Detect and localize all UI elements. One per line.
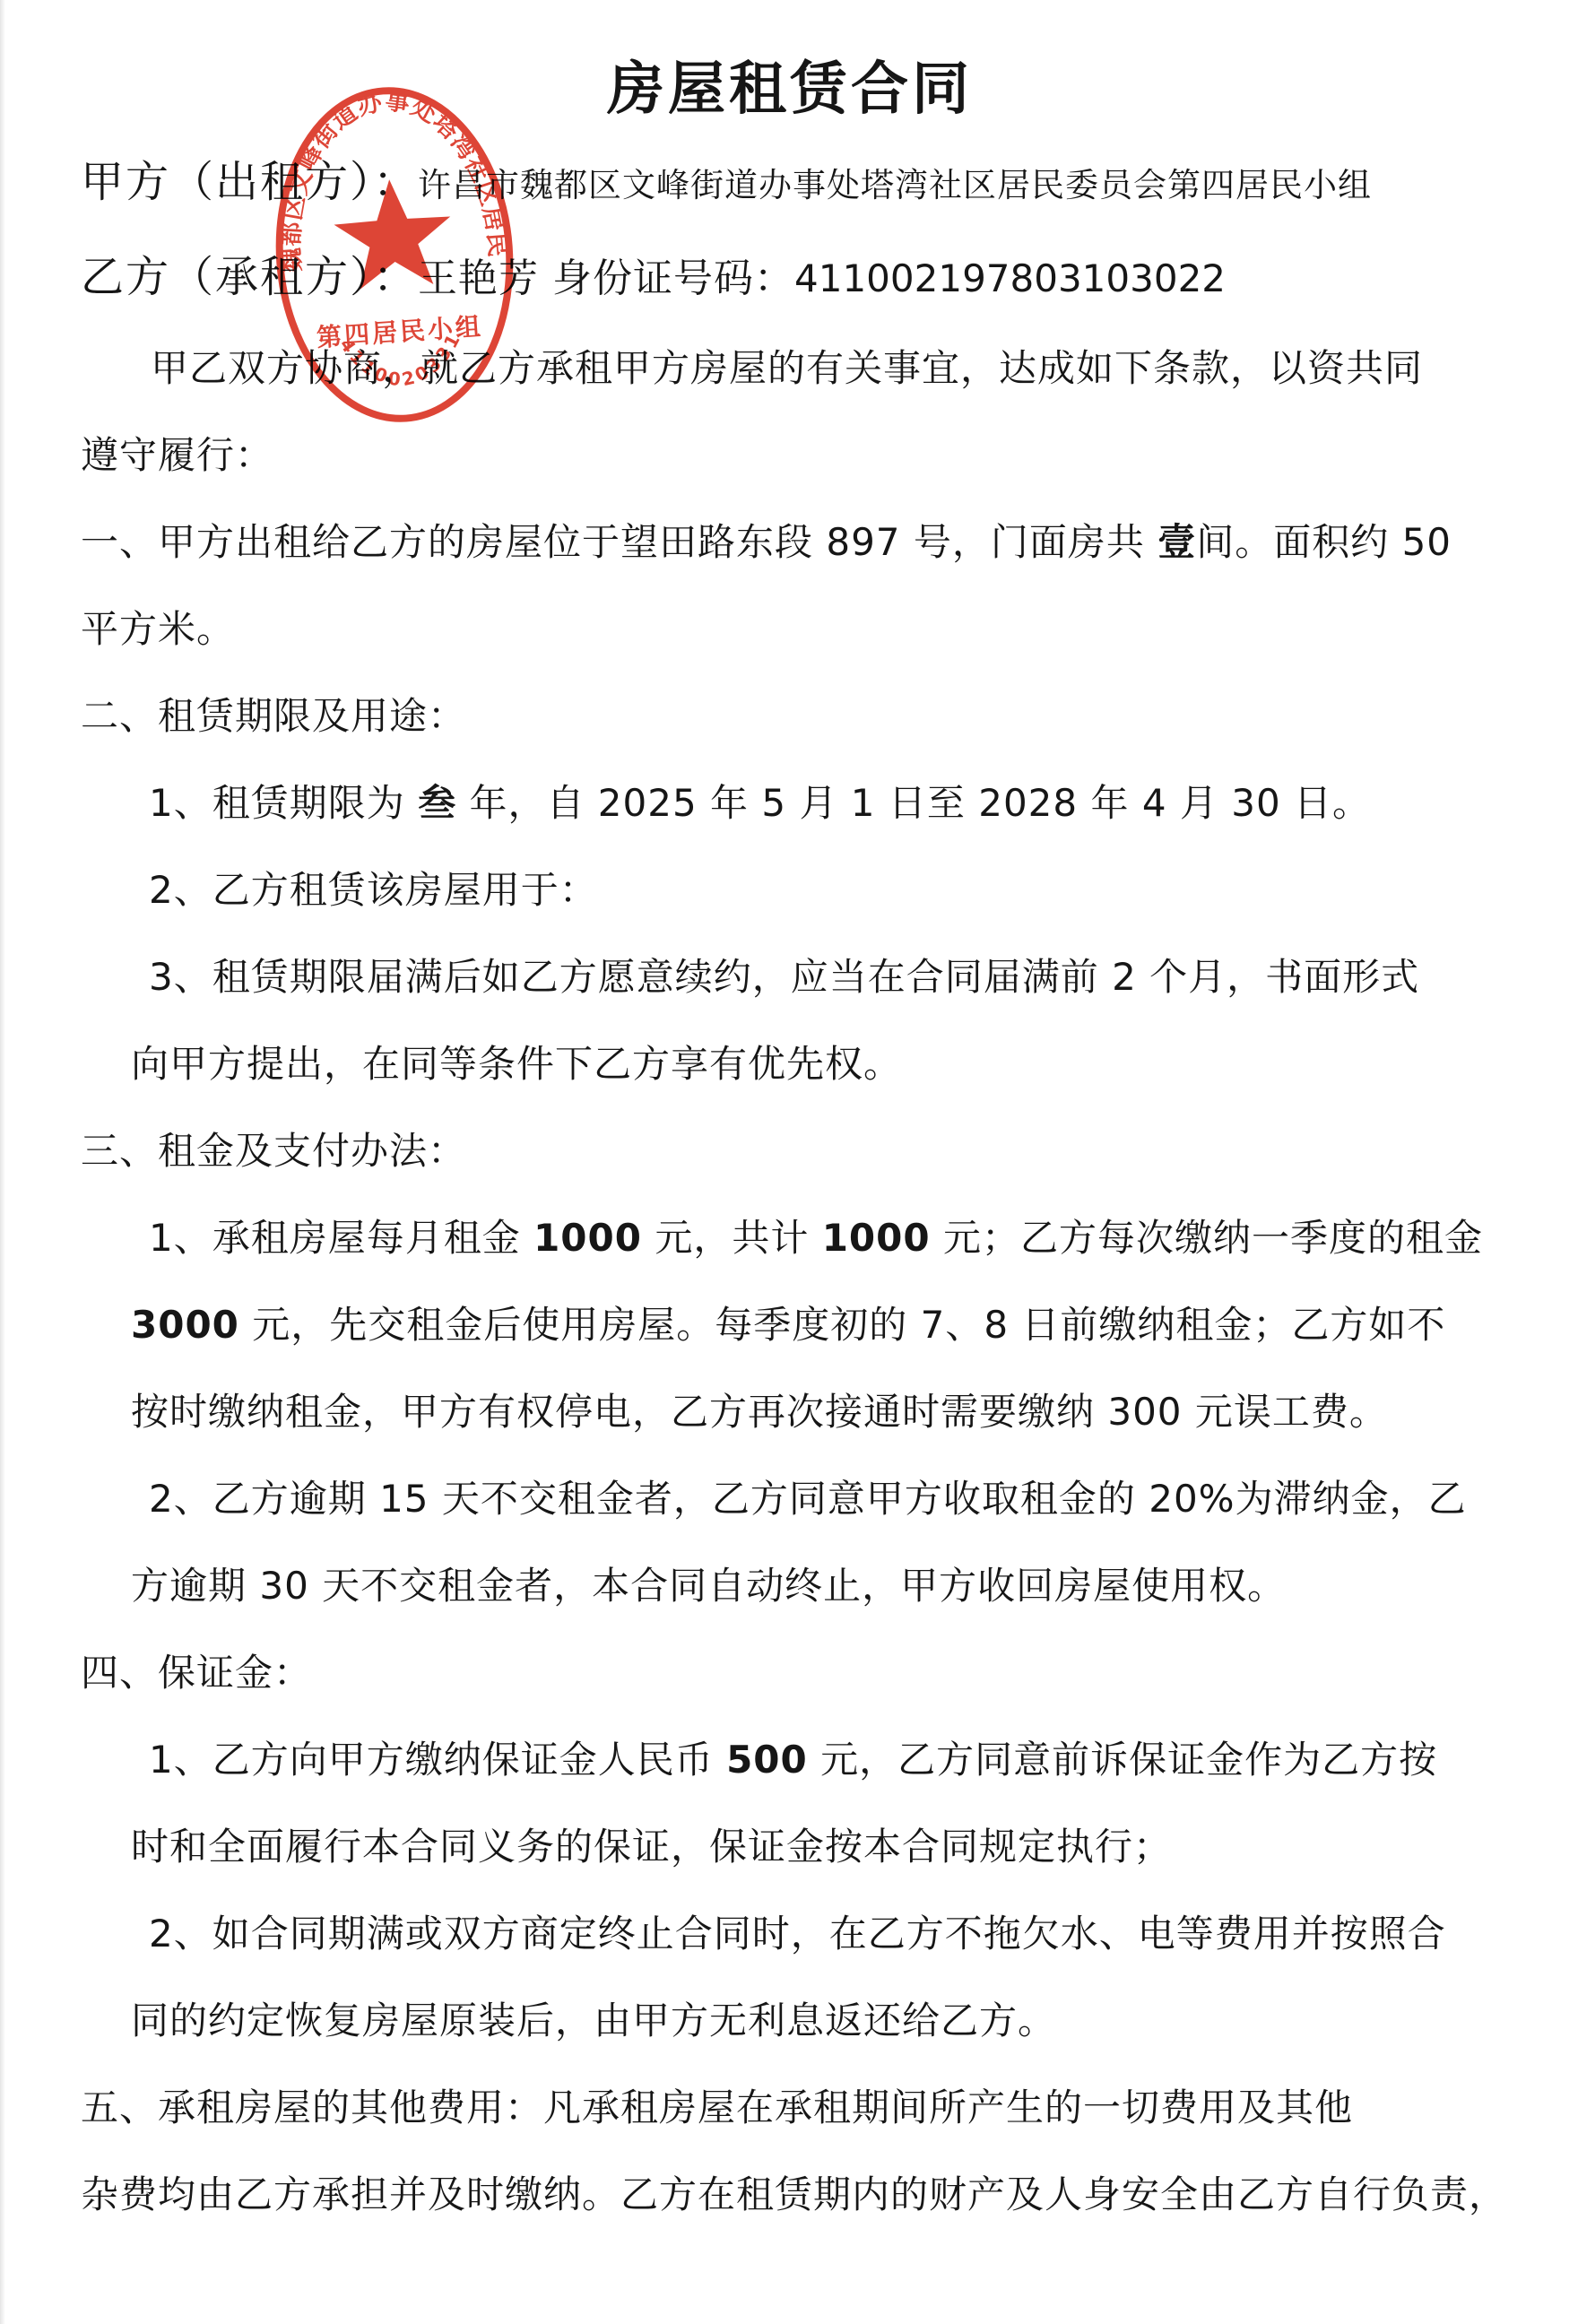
party-b-id-number: 411002197803103022 [794, 256, 1226, 300]
text-segment: 3000 [131, 1303, 239, 1347]
scan-edge-shadow [0, 0, 5, 2324]
text-segment: 2、如合同期满或双方商定终止合同时，在乙方不拖欠水、电等费用并按照合 [149, 1912, 1446, 1955]
contract-line: 2、乙方逾期 15 天不交租金者，乙方同意甲方收取租金的 20%为滞纳金，乙 [81, 1455, 1499, 1542]
text-segment: 1、乙方向甲方缴纳保证金人民币 [149, 1738, 726, 1782]
contract-line: 方逾期 30 天不交租金者，本合同自动终止，甲方收回房屋使用权。 [81, 1542, 1499, 1629]
contract-line: 1、承租房屋每月租金 1000 元，共计 1000 元；乙方每次缴纳一季度的租金 [81, 1194, 1499, 1281]
contract-line: 四、保证金： [81, 1629, 1499, 1716]
text-segment: 元，先交租金后使用房屋。每季度初的 7、8 日前缴纳租金；乙方如不 [239, 1303, 1446, 1347]
contract-line: 3、租赁期限届满后如乙方愿意续约，应当在合同届满前 2 个月，书面形式 [81, 933, 1499, 1020]
text-segment: 二、租赁期限及用途： [81, 694, 466, 738]
contract-line: 二、租赁期限及用途： [81, 672, 1499, 759]
text-segment: 元，共计 [642, 1216, 822, 1260]
text-segment: 500 [726, 1738, 808, 1782]
contract-line: 同的约定恢复房屋原装后，由甲方无利息返还给乙方。 [81, 1977, 1499, 2064]
contract-page: 房屋租赁合同 甲方（出租方）：许昌市魏都区文峰街道办事处塔湾社区居民委员会第四居… [0, 0, 1578, 2324]
text-segment: 一、甲方出租给乙方的房屋位于望田路东段 897 号，门面房共 [81, 520, 1157, 564]
party-b-id-spacer [539, 256, 552, 301]
contract-line: 按时缴纳租金，甲方有权停电，乙方再次接通时需要缴纳 300 元误工费。 [81, 1368, 1499, 1455]
text-segment: 方逾期 30 天不交租金者，本合同自动终止，甲方收回房屋使用权。 [131, 1564, 1286, 1608]
party-b-id-label: 身份证号码： [552, 256, 794, 301]
party-a-value: 许昌市魏都区文峰街道办事处塔湾社区居民委员会第四居民小组 [418, 166, 1372, 204]
text-segment: 壹 [1157, 520, 1196, 564]
text-segment: 2、乙方逾期 15 天不交租金者，乙方同意甲方收取租金的 20%为滞纳金，乙 [149, 1477, 1467, 1521]
party-a-line: 甲方（出租方）：许昌市魏都区文峰街道办事处塔湾社区居民委员会第四居民小组 [81, 134, 1499, 230]
contract-line: 三、租金及支付办法： [81, 1107, 1499, 1194]
text-segment: 元；乙方每次缴纳一季度的租金 [931, 1216, 1483, 1260]
text-segment: 1、承租房屋每月租金 [149, 1216, 533, 1260]
contract-body: 甲乙双方协商，就乙方承租甲方房屋的有关事宜，达成如下条款，以资共同遵守履行：一、… [81, 325, 1499, 2238]
contract-line: 遵守履行： [81, 412, 1499, 499]
text-segment: 1000 [822, 1216, 931, 1260]
contract-line: 五、承租房屋的其他费用：凡承租房屋在承租期间所产生的一切费用及其他 [81, 2064, 1499, 2151]
contract-line: 1、租赁期限为 叁 年，自 2025 年 5 月 1 日至 2028 年 4 月… [81, 759, 1499, 846]
text-segment: 平方米。 [81, 607, 235, 651]
contract-line: 3000 元，先交租金后使用房屋。每季度初的 7、8 日前缴纳租金；乙方如不 [81, 1281, 1499, 1368]
contract-line: 1、乙方向甲方缴纳保证金人民币 500 元，乙方同意前诉保证金作为乙方按 [81, 1716, 1499, 1803]
text-segment: 同的约定恢复房屋原装后，由甲方无利息返还给乙方。 [131, 1999, 1056, 2042]
text-segment: 五、承租房屋的其他费用：凡承租房屋在承租期间所产生的一切费用及其他 [81, 2086, 1353, 2129]
contract-line: 杂费均由乙方承担并及时缴纳。乙方在租赁期内的财产及人身安全由乙方自行负责， [81, 2151, 1499, 2238]
text-segment: 1000 [533, 1216, 642, 1260]
contract-line: 一、甲方出租给乙方的房屋位于望田路东段 897 号，门面房共 壹间。面积约 50 [81, 499, 1499, 585]
text-segment: 元，乙方同意前诉保证金作为乙方按 [808, 1738, 1437, 1782]
text-segment: 四、保证金： [81, 1651, 312, 1695]
contract-line: 时和全面履行本合同义务的保证，保证金按本合同规定执行； [81, 1803, 1499, 1890]
party-b-name: 王艳芳 [418, 256, 539, 301]
page-title: 房屋租赁合同 [81, 45, 1499, 134]
text-segment: 2、乙方租赁该房屋用于： [149, 868, 598, 912]
text-segment: 叁 [418, 781, 456, 825]
text-segment: 向甲方提出，在同等条件下乙方享有优先权。 [131, 1042, 902, 1086]
text-segment: 时和全面履行本合同义务的保证，保证金按本合同规定执行； [131, 1825, 1172, 1869]
contract-line: 甲乙双方协商，就乙方承租甲方房屋的有关事宜，达成如下条款，以资共同 [81, 325, 1499, 412]
text-segment: 按时缴纳租金，甲方有权停电，乙方再次接通时需要缴纳 300 元误工费。 [131, 1390, 1388, 1434]
contract-line: 平方米。 [81, 585, 1499, 672]
contract-line: 2、如合同期满或双方商定终止合同时，在乙方不拖欠水、电等费用并按照合 [81, 1890, 1499, 1977]
contract-line: 2、乙方租赁该房屋用于： [81, 846, 1499, 933]
text-segment: 杂费均由乙方承担并及时缴纳。乙方在租赁期内的财产及人身安全由乙方自行负责， [81, 2172, 1507, 2216]
party-a-label: 甲方（出租方）： [81, 157, 418, 207]
text-segment: 1、租赁期限为 [149, 781, 418, 825]
text-segment: 3、租赁期限届满后如乙方愿意续约，应当在合同届满前 2 个月，书面形式 [149, 955, 1419, 999]
contract-line: 向甲方提出，在同等条件下乙方享有优先权。 [81, 1020, 1499, 1107]
text-segment: 三、租金及支付办法： [81, 1129, 466, 1173]
text-segment: 遵守履行： [81, 433, 273, 477]
party-b-line: 乙方（承租方）：王艳芳 身份证号码：411002197803103022 [81, 230, 1499, 325]
text-segment: 间。面积约 50 [1196, 520, 1452, 564]
text-segment: 年，自 2025 年 5 月 1 日至 2028 年 4 月 30 日。 [456, 781, 1371, 825]
party-b-label: 乙方（承租方）： [81, 252, 418, 302]
text-segment: 甲乙双方协商，就乙方承租甲方房屋的有关事宜，达成如下条款，以资共同 [151, 346, 1423, 390]
